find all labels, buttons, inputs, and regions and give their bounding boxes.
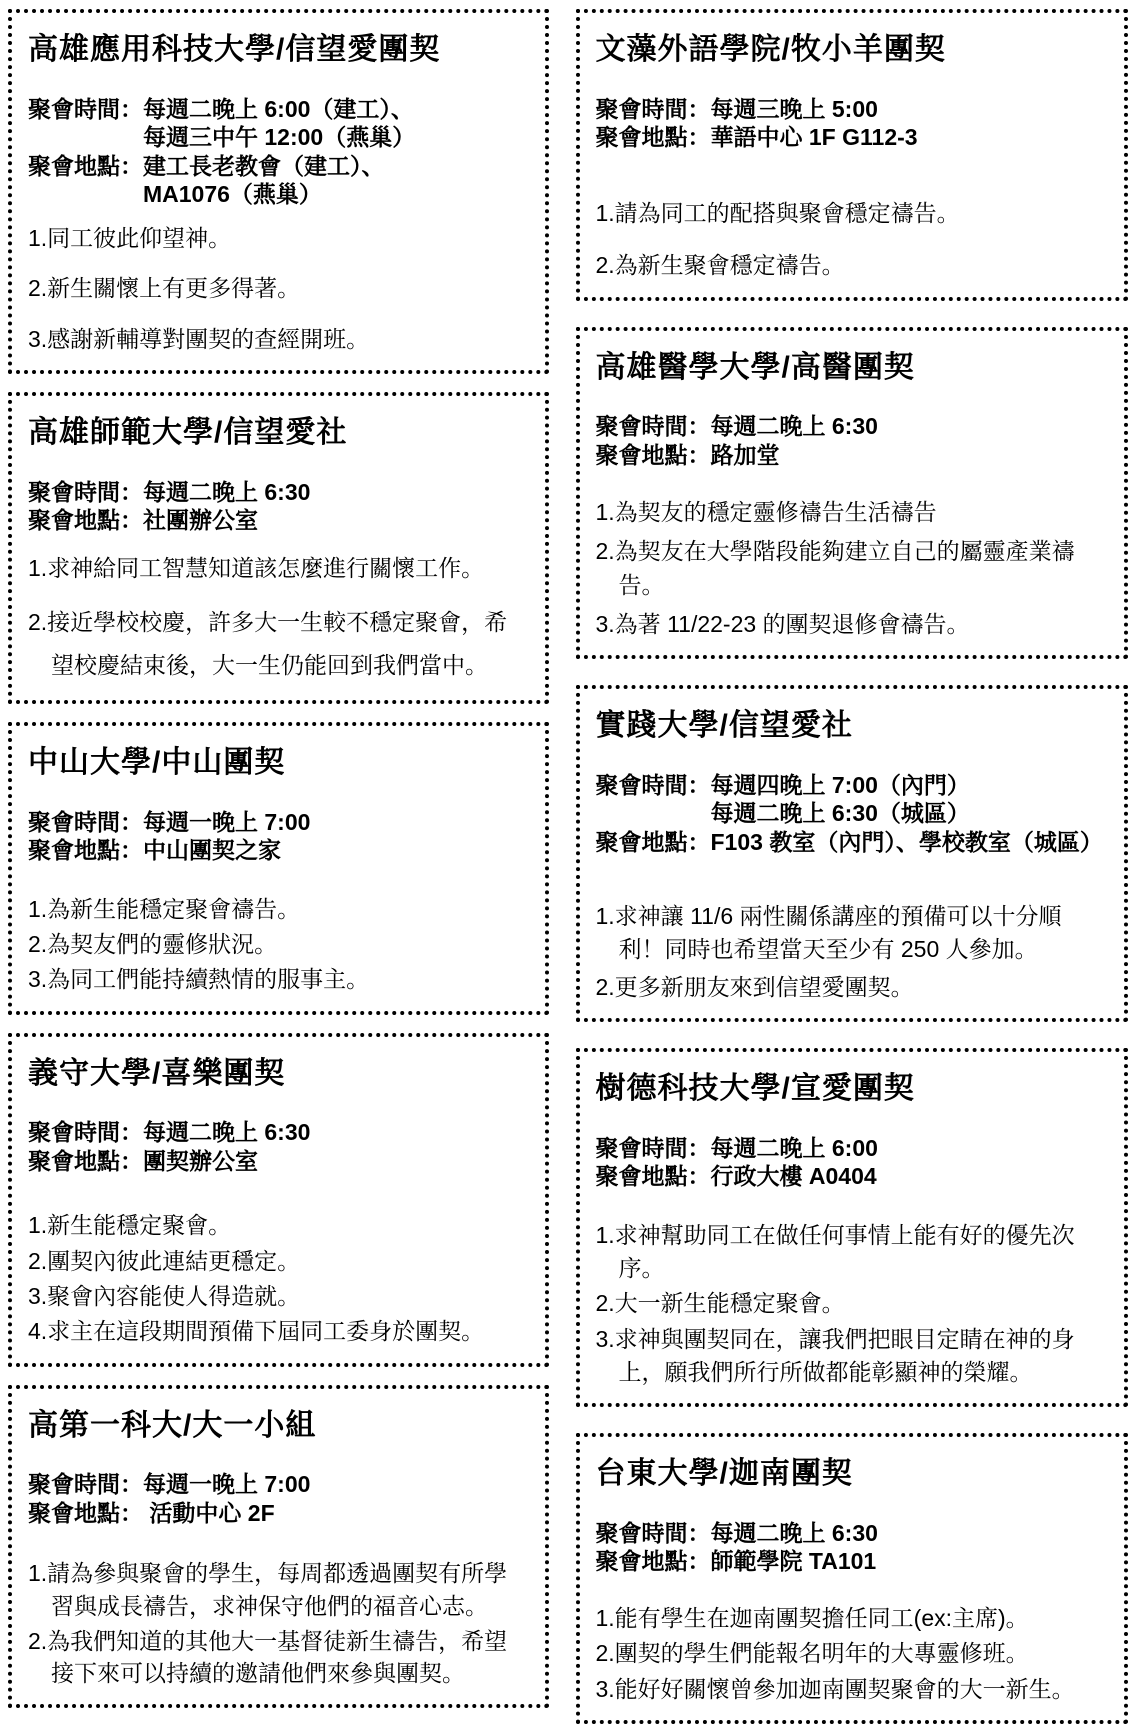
meeting-location-label: 聚會地點：	[28, 1147, 143, 1176]
meeting-time-line: 每週四晚上 7:00（內門）	[711, 771, 970, 800]
meeting-time-row: 聚會時間： 每週二晚上 6:30	[28, 1118, 527, 1147]
meeting-time-label: 聚會時間：	[28, 95, 143, 124]
meeting-location-line: 活動中心 2F	[143, 1499, 275, 1528]
meeting-time-line: 每週二晚上 6:30	[143, 478, 310, 507]
meeting-time-line: 每週一晚上 7:00	[143, 1470, 310, 1499]
meeting-time-line: 每週二晚上 6:00	[711, 1134, 878, 1163]
meeting-location-value: 華語中心 1F G112-3	[711, 123, 918, 152]
meeting-info: 聚會時間： 每週二晚上 6:00 聚會地點： 行政大樓 A0404	[596, 1134, 1107, 1191]
prayer-item: 1.新生能穩定聚會。	[28, 1209, 527, 1242]
meeting-time-value: 每週二晚上 6:00（建工）、每週三中午 12:00（燕巢）	[143, 95, 415, 152]
meeting-location-value: F103 教室（內門）、學校教室（城區）	[711, 828, 1103, 857]
meeting-time-value: 每週二晚上 6:30	[711, 412, 878, 441]
meeting-time-label: 聚會時間：	[596, 412, 711, 441]
prayer-item: 3.聚會內容能使人得造就。	[28, 1280, 527, 1313]
meeting-time-label: 聚會時間：	[596, 1519, 711, 1548]
prayer-item: 2.為契友們的靈修狀況。	[28, 928, 527, 961]
meeting-location-line: 華語中心 1F G112-3	[711, 123, 918, 152]
fellowship-card: 樹德科技大學/宣愛團契 聚會時間： 每週二晚上 6:00 聚會地點： 行政大樓 …	[576, 1048, 1129, 1407]
right-column: 文藻外語學院/牧小羊團契 聚會時間： 每週三晚上 5:00 聚會地點： 華語中心…	[576, 9, 1129, 1724]
meeting-time-row: 聚會時間： 每週二晚上 6:30	[596, 1519, 1107, 1548]
prayer-item: 2.接近學校校慶，許多大一生較不穩定聚會，希望校慶結束後，大一生仍能回到我們當中…	[28, 601, 527, 686]
meeting-location-label: 聚會地點：	[28, 506, 143, 535]
fellowship-card: 中山大學/中山團契 聚會時間： 每週一晚上 7:00 聚會地點： 中山團契之家 …	[8, 722, 549, 1015]
meeting-time-row: 聚會時間： 每週二晚上 6:00（建工）、每週三中午 12:00（燕巢）	[28, 95, 527, 152]
meeting-location-value: 建工長老教會（建工）、MA1076（燕巢）	[143, 152, 385, 209]
prayer-items: 1.為契友的穩定靈修禱告生活禱告2.為契友在大學階段能夠建立自己的屬靈產業禱告。…	[596, 495, 1107, 641]
prayer-item: 2.為新生聚會穩定禱告。	[596, 248, 1107, 283]
meeting-time-value: 每週一晚上 7:00	[143, 808, 310, 837]
meeting-info: 聚會時間： 每週三晚上 5:00 聚會地點： 華語中心 1F G112-3	[596, 95, 1107, 152]
meeting-location-label: 聚會地點：	[596, 828, 711, 857]
meeting-info: 聚會時間： 每週二晚上 6:00（建工）、每週三中午 12:00（燕巢） 聚會地…	[28, 95, 527, 209]
prayer-item: 2.團契的學生們能報名明年的大專靈修班。	[596, 1637, 1107, 1670]
meeting-location-label: 聚會地點：	[28, 836, 143, 865]
prayer-item: 3.能好好關懷曾參加迦南團契聚會的大一新生。	[596, 1673, 1107, 1706]
meeting-location-line: 中山團契之家	[143, 836, 281, 865]
meeting-time-line: 每週一晚上 7:00	[143, 808, 310, 837]
meeting-location-line: 行政大樓 A0404	[711, 1162, 877, 1191]
meeting-location-line: 社團辦公室	[143, 506, 258, 535]
meeting-time-row: 聚會時間： 每週一晚上 7:00	[28, 808, 527, 837]
meeting-location-label: 聚會地點：	[28, 1499, 143, 1528]
prayer-item: 1.為契友的穩定靈修禱告生活禱告	[596, 495, 1107, 530]
prayer-item: 2.新生關懷上有更多得著。	[28, 271, 527, 306]
meeting-location-value: 中山團契之家	[143, 836, 281, 865]
meeting-time-value: 每週四晚上 7:00（內門）每週二晚上 6:30（城區）	[711, 771, 970, 828]
fellowship-card: 高雄師範大學/信望愛社 聚會時間： 每週二晚上 6:30 聚會地點： 社團辦公室…	[8, 392, 549, 704]
meeting-info: 聚會時間： 每週二晚上 6:30 聚會地點： 社團辦公室	[28, 478, 527, 535]
meeting-location-row: 聚會地點： 華語中心 1F G112-3	[596, 123, 1107, 152]
meeting-location-row: 聚會地點： 中山團契之家	[28, 836, 527, 865]
meeting-location-row: 聚會地點： 活動中心 2F	[28, 1499, 527, 1528]
meeting-time-value: 每週三晚上 5:00	[711, 95, 878, 124]
meeting-location-row: 聚會地點： 建工長老教會（建工）、MA1076（燕巢）	[28, 152, 527, 209]
prayer-items: 1.同工彼此仰望神。2.新生關懷上有更多得著。3.感謝新輔導對團契的查經開班。	[28, 221, 527, 357]
meeting-time-line: 每週二晚上 6:00（建工）、	[143, 95, 415, 124]
prayer-item: 3.感謝新輔導對團契的查經開班。	[28, 322, 527, 357]
meeting-info: 聚會時間： 每週四晚上 7:00（內門）每週二晚上 6:30（城區） 聚會地點：…	[596, 771, 1107, 857]
meeting-time-row: 聚會時間： 每週三晚上 5:00	[596, 95, 1107, 124]
meeting-location-line: F103 教室（內門）、學校教室（城區）	[711, 828, 1103, 857]
prayer-item: 1.求神給同工智慧知道該怎麼進行關懷工作。	[28, 547, 527, 590]
fellowship-card: 高雄應用科技大學/信望愛團契 聚會時間： 每週二晚上 6:00（建工）、每週三中…	[8, 9, 549, 374]
meeting-location-line: MA1076（燕巢）	[143, 180, 385, 209]
meeting-location-value: 團契辦公室	[143, 1147, 258, 1176]
prayer-item: 1.能有學生在迦南團契擔任同工(ex:主席)。	[596, 1602, 1107, 1635]
meeting-time-label: 聚會時間：	[28, 808, 143, 837]
meeting-time-value: 每週二晚上 6:30	[143, 478, 310, 507]
prayer-items: 1.求神讓 11/6 兩性關係講座的預備可以十分順利！同時也希望當天至少有 25…	[596, 900, 1107, 1004]
fellowship-title: 台東大學/迦南團契	[596, 1455, 1107, 1493]
meeting-time-line: 每週二晚上 6:30（城區）	[711, 799, 970, 828]
meeting-info: 聚會時間： 每週一晚上 7:00 聚會地點： 活動中心 2F	[28, 1470, 527, 1527]
fellowship-card: 高第一科大/大一小組 聚會時間： 每週一晚上 7:00 聚會地點： 活動中心 2…	[8, 1385, 549, 1708]
fellowship-title: 高第一科大/大一小組	[28, 1407, 527, 1445]
fellowship-card: 高雄醫學大學/高醫團契 聚會時間： 每週二晚上 6:30 聚會地點： 路加堂 1…	[576, 327, 1129, 660]
meeting-info: 聚會時間： 每週二晚上 6:30 聚會地點： 團契辦公室	[28, 1118, 527, 1175]
meeting-time-row: 聚會時間： 每週二晚上 6:30	[596, 412, 1107, 441]
fellowship-card: 台東大學/迦南團契 聚會時間： 每週二晚上 6:30 聚會地點： 師範學院 TA…	[576, 1433, 1129, 1724]
prayer-items: 1.新生能穩定聚會。2.團契內彼此連結更穩定。3.聚會內容能使人得造就。4.求主…	[28, 1209, 527, 1348]
fellowship-title: 文藻外語學院/牧小羊團契	[596, 31, 1107, 69]
prayer-item: 1.請為參與聚會的學生，每周都透過團契有所學習與成長禱告，求神保守他們的福音心志…	[28, 1557, 527, 1622]
meeting-time-row: 聚會時間： 每週四晚上 7:00（內門）每週二晚上 6:30（城區）	[596, 771, 1107, 828]
meeting-time-label: 聚會時間：	[596, 771, 711, 800]
meeting-location-row: 聚會地點： 師範學院 TA101	[596, 1547, 1107, 1576]
meeting-time-line: 每週三中午 12:00（燕巢）	[143, 123, 415, 152]
prayer-item: 1.求神讓 11/6 兩性關係講座的預備可以十分順利！同時也希望當天至少有 25…	[596, 900, 1107, 967]
prayer-item: 2.為我們知道的其他大一基督徒新生禱告，希望接下來可以持續的邀請他們來參與團契。	[28, 1625, 527, 1690]
prayer-item: 2.團契內彼此連結更穩定。	[28, 1245, 527, 1278]
meeting-location-label: 聚會地點：	[596, 1162, 711, 1191]
meeting-location-value: 活動中心 2F	[143, 1499, 275, 1528]
meeting-location-label: 聚會地點：	[596, 1547, 711, 1576]
meeting-time-row: 聚會時間： 每週二晚上 6:00	[596, 1134, 1107, 1163]
meeting-location-label: 聚會地點：	[596, 441, 711, 470]
prayer-item: 2.大一新生能穩定聚會。	[596, 1287, 1107, 1320]
meeting-info: 聚會時間： 每週二晚上 6:30 聚會地點： 路加堂	[596, 412, 1107, 469]
fellowship-title: 高雄應用科技大學/信望愛團契	[28, 31, 527, 69]
prayer-items: 1.請為同工的配搭與聚會穩定禱告。2.為新生聚會穩定禱告。	[596, 196, 1107, 283]
meeting-location-row: 聚會地點： 路加堂	[596, 441, 1107, 470]
meeting-location-row: 聚會地點： F103 教室（內門）、學校教室（城區）	[596, 828, 1107, 857]
prayer-items: 1.為新生能穩定聚會禱告。2.為契友們的靈修狀況。3.為同工們能持續熱情的服事主…	[28, 893, 527, 997]
meeting-info: 聚會時間： 每週一晚上 7:00 聚會地點： 中山團契之家	[28, 808, 527, 865]
fellowship-card: 實踐大學/信望愛社 聚會時間： 每週四晚上 7:00（內門）每週二晚上 6:30…	[576, 685, 1129, 1022]
meeting-time-label: 聚會時間：	[28, 1118, 143, 1147]
meeting-time-label: 聚會時間：	[596, 1134, 711, 1163]
meeting-time-label: 聚會時間：	[596, 95, 711, 124]
meeting-time-label: 聚會時間：	[28, 478, 143, 507]
fellowship-title: 中山大學/中山團契	[28, 744, 527, 782]
prayer-item: 1.求神幫助同工在做任何事情上能有好的優先次序。	[596, 1219, 1107, 1286]
fellowship-title: 高雄師範大學/信望愛社	[28, 414, 527, 452]
prayer-items: 1.能有學生在迦南團契擔任同工(ex:主席)。2.團契的學生們能報名明年的大專靈…	[596, 1602, 1107, 1706]
fellowship-title: 實踐大學/信望愛社	[596, 707, 1107, 745]
meeting-location-value: 路加堂	[711, 441, 780, 470]
fellowship-title: 義守大學/喜樂團契	[28, 1055, 527, 1093]
left-column: 高雄應用科技大學/信望愛團契 聚會時間： 每週二晚上 6:00（建工）、每週三中…	[8, 9, 549, 1724]
meeting-location-value: 行政大樓 A0404	[711, 1162, 877, 1191]
prayer-items: 1.求神給同工智慧知道該怎麼進行關懷工作。2.接近學校校慶，許多大一生較不穩定聚…	[28, 547, 527, 687]
meeting-time-line: 每週二晚上 6:30	[711, 1519, 878, 1548]
prayer-items: 1.求神幫助同工在做任何事情上能有好的優先次序。2.大一新生能穩定聚會。3.求神…	[596, 1219, 1107, 1390]
prayer-item: 3.為同工們能持續熱情的服事主。	[28, 963, 527, 996]
prayer-item: 4.求主在這段期間預備下屆同工委身於團契。	[28, 1315, 527, 1348]
fellowship-title: 高雄醫學大學/高醫團契	[596, 349, 1107, 387]
prayer-item: 2.更多新朋友來到信望愛團契。	[596, 971, 1107, 1004]
meeting-location-value: 師範學院 TA101	[711, 1547, 877, 1576]
meeting-time-row: 聚會時間： 每週二晚上 6:30	[28, 478, 527, 507]
meeting-location-line: 師範學院 TA101	[711, 1547, 877, 1576]
meeting-time-label: 聚會時間：	[28, 1470, 143, 1499]
meeting-location-row: 聚會地點： 團契辦公室	[28, 1147, 527, 1176]
prayer-item: 1.同工彼此仰望神。	[28, 221, 527, 256]
meeting-location-label: 聚會地點：	[596, 123, 711, 152]
fellowship-card: 義守大學/喜樂團契 聚會時間： 每週二晚上 6:30 聚會地點： 團契辦公室 1…	[8, 1033, 549, 1367]
meeting-time-line: 每週二晚上 6:30	[143, 1118, 310, 1147]
meeting-time-line: 每週三晚上 5:00	[711, 95, 878, 124]
meeting-time-value: 每週二晚上 6:00	[711, 1134, 878, 1163]
fellowship-title: 樹德科技大學/宣愛團契	[596, 1070, 1107, 1108]
prayer-item: 1.請為同工的配搭與聚會穩定禱告。	[596, 196, 1107, 231]
meeting-location-line: 建工長老教會（建工）、	[143, 152, 385, 181]
prayer-item: 1.為新生能穩定聚會禱告。	[28, 893, 527, 926]
prayer-item: 3.為著 11/22-23 的團契退修會禱告。	[596, 607, 1107, 642]
meeting-location-value: 社團辦公室	[143, 506, 258, 535]
meeting-time-row: 聚會時間： 每週一晚上 7:00	[28, 1470, 527, 1499]
prayer-item: 2.為契友在大學階段能夠建立自己的屬靈產業禱告。	[596, 534, 1107, 603]
meeting-location-row: 聚會地點： 社團辦公室	[28, 506, 527, 535]
meeting-info: 聚會時間： 每週二晚上 6:30 聚會地點： 師範學院 TA101	[596, 1519, 1107, 1576]
meeting-location-line: 路加堂	[711, 441, 780, 470]
prayer-items: 1.請為參與聚會的學生，每周都透過團契有所學習與成長禱告，求神保守他們的福音心志…	[28, 1557, 527, 1690]
meeting-time-value: 每週二晚上 6:30	[711, 1519, 878, 1548]
meeting-location-line: 團契辦公室	[143, 1147, 258, 1176]
meeting-time-line: 每週二晚上 6:30	[711, 412, 878, 441]
meeting-location-label: 聚會地點：	[28, 152, 143, 181]
meeting-location-row: 聚會地點： 行政大樓 A0404	[596, 1162, 1107, 1191]
meeting-time-value: 每週一晚上 7:00	[143, 1470, 310, 1499]
prayer-item: 3.求神與團契同在，讓我們把眼目定睛在神的身上，願我們所行所做都能彰顯神的榮耀。	[596, 1323, 1107, 1390]
prayer-bulletin-page: 高雄應用科技大學/信望愛團契 聚會時間： 每週二晚上 6:00（建工）、每週三中…	[0, 0, 1136, 1734]
fellowship-card: 文藻外語學院/牧小羊團契 聚會時間： 每週三晚上 5:00 聚會地點： 華語中心…	[576, 9, 1129, 301]
meeting-time-value: 每週二晚上 6:30	[143, 1118, 310, 1147]
